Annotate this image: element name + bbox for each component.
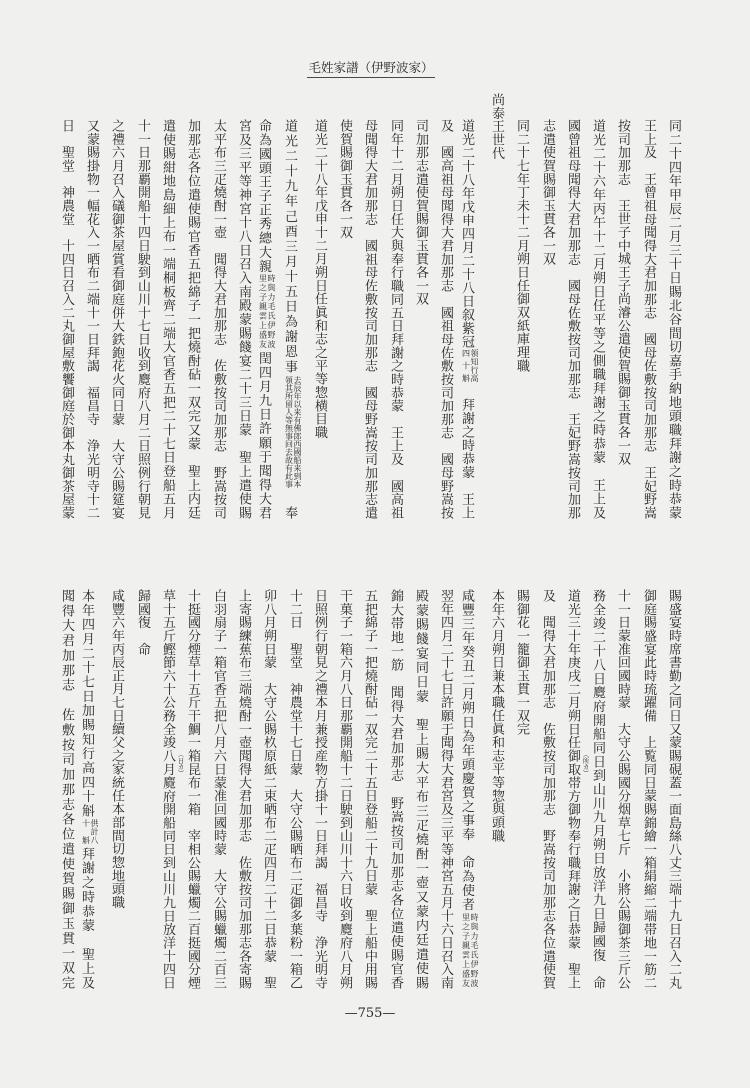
column-text: 道光二十六年丙午十二月朔日任平等之側職拜謝之時恭蒙 王上及 <box>590 119 605 519</box>
text-column: 同二十四年甲辰二月三十日賜北谷間切嘉手納地頭職拜謝之時恭蒙 <box>666 119 680 519</box>
column-text: 月麑府開船同日到山川九日放洋十四日 <box>160 762 175 989</box>
text-column: 本年六月朔日兼本職任眞和志平等惣與頭職 <box>489 589 503 842</box>
reign-heading-text: 尚泰王世代 <box>489 93 504 160</box>
note-line-left: 四十斛 <box>461 349 470 383</box>
inline-double-line-note: 去辰年以来有佛郎西國船来到本領其所留人等無事回去故有此事 <box>284 376 301 488</box>
text-column: 王上及 王曾祖母聞得大君加那志 國母佐敷按司加那志 王妃野嵩 <box>641 119 655 519</box>
note-line-right: 領知行高 <box>470 349 479 383</box>
note-line-left: 領其所留人等無事回去故有此事 <box>284 376 293 488</box>
text-column: 道光二十九年己酉三月十五日為謝恩事去辰年以来有佛郎西國船来到本領其所留人等無事回… <box>287 119 301 519</box>
column-text: 干菓子一箱六月八日那覇開船十二日駛到山川十六日收到麑府八月朔 <box>337 589 352 989</box>
text-column: 同年十二月朔日任大與奉行職同五日拜謝之時恭蒙 王上及 國高祖 <box>388 119 402 519</box>
column-text: 命為國頭王子正秀總大親 <box>256 119 271 273</box>
column-text: 道光三十年庚戌二月朔日任御 <box>565 589 580 762</box>
text-column: 志遣使賀賜御玉貫各一双 <box>540 119 554 266</box>
column-text: 白羽扇子一箱官香五把八月六日蒙准回國時蒙 大守公賜蠟燭二百三 <box>211 589 226 989</box>
text-column: 十一日那覇開船十四日駛到山川十七日收到麑府八月二日照例行朝見 <box>135 119 149 519</box>
column-text: 草十五斤鰹節六十公務全竣八 <box>160 589 175 762</box>
text-column: 道光二十八年戊申十二月朔日任眞和志之平等惣横目職 <box>312 119 326 439</box>
column-text: 聞得大君加那志 佐敷按司加那志各位遣使賀賜御玉貫一双完 <box>59 589 74 989</box>
column-text: 五把綿子一把燒酎砧一双完二十五日登船二十九日蒙 聖上船中用賜 <box>362 589 377 989</box>
text-column: 使賀賜御玉貫各一双 <box>337 119 351 239</box>
column-text: 十挺國分煙草十五斤干鯛一箱昆布一箱 宰相公賜蠟燭二百挺國分煙 <box>185 589 200 989</box>
column-text: 拜謝之時恭蒙 王上 <box>459 384 474 519</box>
column-text: 加那志各位遣使賜官香五把綿子一把燒酎砧一双完又蒙 聖上内廷 <box>185 119 200 519</box>
text-column: 御庭賜盛宴此時琉躍備 上覧同日蒙賜錦繪一箱絹縮二端帯地一筋二 <box>641 589 655 989</box>
page-number: —755— <box>320 1006 420 1022</box>
column-text: 國曾祖母聞得大君加那志 國母佐敷按司加那志 王妃野嵩按司加那 <box>565 119 580 519</box>
column-text: 本年六月朔日兼本職任眞和志平等惣與頭職 <box>489 589 504 842</box>
text-column: 草十五斤鰹節六十公務全竣八（日カ）月麑府開船同日到山川九日放洋十四日 <box>160 589 174 989</box>
column-text: 同年十二月朔日任大與奉行職同五日拜謝之時恭蒙 王上及 國高祖 <box>388 119 403 519</box>
column-text: 奉 <box>282 489 297 519</box>
column-text: 道光二十九年己酉三月十五日為謝恩事 <box>282 119 297 375</box>
column-text: 取帯方御物奉行職拜謝之日恭蒙 聖上 <box>565 762 580 989</box>
column-text: 同二十七年丁未十二月朔日任御双紙庫理職 <box>514 119 529 372</box>
column-text: 十二日 聖堂 神農堂十七日蒙 大守公賜晒布二疋御多葉粉一箱乙 <box>287 589 302 989</box>
column-text: 及 國高祖母聞得大君加那志 國祖母佐敷按司加那志 國母野嵩按 <box>438 119 453 519</box>
text-column: 卯八月朔日蒙 大守公賜杦原紙二束晒布二疋四月二十二日恭蒙 聖 <box>261 589 275 989</box>
text-column: 咸豐三年癸丑二月朔日為年頭慶賀之事奉 命為使者時與力毛氏伊野波里之子親雲上盛友 <box>464 589 478 989</box>
column-text: 又蒙賜掛物一幅花入一晒布二端十一日拜謁 福昌寺 浄光明寺十二 <box>84 119 99 519</box>
text-column: 聞得大君加那志 佐敷按司加那志各位遣使賀賜御玉貫一双完 <box>59 589 73 989</box>
column-text: 本年四月二十七日加賜知行高四十斛 <box>79 589 94 818</box>
text-column: 又蒙賜掛物一幅花入一晒布二端十一日拜謁 福昌寺 浄光明寺十二 <box>84 119 98 519</box>
column-text: 太平布三疋燒酎一壺 聞得大君加那志 佐敷按司加那志 野嵩按司 <box>211 119 226 519</box>
reign-heading: 尚泰王世代 <box>489 93 503 160</box>
note-line-left: 里之子親雲上盛友 <box>258 274 267 349</box>
text-column: 日 聖堂 神農堂 十四日召入二丸御屋敷饗御庭於御本丸御茶屋蒙 <box>59 119 73 519</box>
text-column: 道光二十六年丙午十二月朔日任平等之側職拜謝之時恭蒙 王上及 <box>590 119 604 519</box>
column-text: 司加那志遣使賀賜御玉貫各一双 <box>413 119 428 306</box>
running-header-title: 毛姓家譜（伊野波家） <box>307 60 435 78</box>
text-column: 加那志各位遣使賜官香五把綿子一把燒酎砧一双完又蒙 聖上内廷 <box>185 119 199 519</box>
text-column: 五把綿子一把燒酎砧一双完二十五日登船二十九日蒙 聖上船中用賜 <box>362 589 376 989</box>
column-text: 卯八月朔日蒙 大守公賜杦原紙二束晒布二疋四月二十二日恭蒙 聖 <box>261 589 276 989</box>
column-text: 賜御花一籠御玉貫一双完 <box>514 589 529 736</box>
note-line-left: 十斛 <box>81 819 90 844</box>
column-text: 日照例行朝見之禮本月兼授産物方掛十一日拜謁 福昌寺 浄光明寺 <box>312 589 327 989</box>
column-text: 道光二十八年戊申十二月朔日任眞和志之平等惣横目職 <box>312 119 327 439</box>
text-column: 務全竣二十八日麑府開船同日到山川九月朔日放洋九日歸國復 命 <box>590 589 604 989</box>
note-line-right: 時與力毛氏伊野波 <box>470 913 479 988</box>
column-text: 使賀賜御玉貫各一双 <box>337 119 352 239</box>
text-column: 本年四月二十七日加賜知行高四十斛供計八十斛拜謝之時恭蒙 聖上及 <box>84 589 98 989</box>
text-column: 錦大帯地一筋 聞得大君加那志 野嵩按司加那志各位遣使賜官香 <box>388 589 402 989</box>
text-column: 白羽扇子一箱官香五把八月六日蒙准回國時蒙 大守公賜蠟燭二百三 <box>211 589 225 989</box>
column-text: 之禮六月召入礒御茶屋賞看御庭併大鉄鉋花火同日蒙 大守公賜筵宴 <box>109 119 124 519</box>
column-text: 同二十四年甲辰二月三十日賜北谷間切嘉手納地頭職拜謝之時恭蒙 <box>666 119 681 519</box>
column-text: 王上及 王曾祖母聞得大君加那志 國母佐敷按司加那志 王妃野嵩 <box>641 119 656 519</box>
text-column: 道光三十年庚戌二月朔日任御（所カ）取帯方御物奉行職拜謝之日恭蒙 聖上 <box>565 589 579 989</box>
text-column: 母聞得大君加那志 國祖母佐敷按司加那志 國母野嵩按司加那志遣 <box>362 119 376 519</box>
annotation-text: （日カ） <box>177 751 185 776</box>
column-text: 十一日那覇開船十四日駛到山川十七日收到麑府八月二日照例行朝見 <box>135 119 150 519</box>
note-line-left: 里之子親雲上盛友 <box>461 913 470 988</box>
text-column: 同二十七年丁未十二月朔日任御双紙庫理職 <box>514 119 528 372</box>
column-text: 閏四月九日許願于聞得大君 <box>256 351 271 519</box>
text-column: 道光二十八年戊申四月二十八日叙紫冠領知行高四十斛 拜謝之時恭蒙 王上 <box>464 119 478 519</box>
text-column: 賜御花一籠御玉貫一双完 <box>514 589 528 736</box>
column-text: 務全竣二十八日麑府開船同日到山川九月朔日放洋九日歸國復 命 <box>590 589 605 989</box>
note-line-right: 時與力毛氏伊野波 <box>267 274 276 349</box>
column-text: 御庭賜盛宴此時琉躍備 上覧同日蒙賜錦繪一箱絹縮二端帯地一筋二 <box>641 589 656 989</box>
inline-double-line-note: 時與力毛氏伊野波里之子親雲上盛友 <box>461 913 478 988</box>
column-text: 遣使賜紺地島細上布一端桐板齊二端大官香五把二十七日登船五月 <box>160 119 175 519</box>
text-column: 司加那志遣使賀賜御玉貫各一双 <box>413 119 427 306</box>
text-column: 之禮六月召入礒御茶屋賞看御庭併大鉄鉋花火同日蒙 大守公賜筵宴 <box>109 119 123 519</box>
column-text: 咸豐三年癸丑二月朔日為年頭慶賀之事奉 命為使者 <box>459 589 474 912</box>
column-text: 賜盛宴時席書勤之同日又蒙賜硯蓋一面島絲八丈三端十九日召入二丸 <box>666 589 681 989</box>
column-text: 日 聖堂 神農堂 十四日召入二丸御屋敷饗御庭於御本丸御茶屋蒙 <box>59 119 74 519</box>
text-column: 國曾祖母聞得大君加那志 國母佐敷按司加那志 王妃野嵩按司加那 <box>565 119 579 519</box>
text-column: 十挺國分煙草十五斤干鯛一箱昆布一箱 宰相公賜蠟燭二百挺國分煙 <box>185 589 199 989</box>
column-text: 歸國復 命 <box>135 589 150 656</box>
text-column: 十一日蒙准回國時蒙 大守公賜國分烟草七斤 小將公賜御茶三斤公 <box>615 589 629 989</box>
annotation-text: （所カ） <box>582 751 590 776</box>
scanned-document-page: 毛姓家譜（伊野波家） 同二十四年甲辰二月三十日賜北谷間切嘉手納地頭職拜謝之時恭蒙… <box>0 0 750 1088</box>
text-column: 太平布三疋燒酎一壺 聞得大君加那志 佐敷按司加那志 野嵩按司 <box>211 119 225 519</box>
text-column: 十二日 聖堂 神農堂十七日蒙 大守公賜晒布二疋御多葉粉一箱乙 <box>287 589 301 989</box>
text-column: 干菓子一箱六月八日那覇開船十二日駛到山川十六日收到麑府八月朔 <box>337 589 351 989</box>
column-text: 翌年四月二十七日許願于聞得大君宮及三平等神宮五月十六日召入南 <box>438 589 453 989</box>
column-text: 道光二十八年戊申四月二十八日叙紫冠 <box>459 119 474 348</box>
column-text: 志遣使賀賜御玉貫各一双 <box>540 119 555 266</box>
text-column: 按司加那志 王世子中城王子尚濬公遣使賀賜御玉貫各一双 <box>615 119 629 466</box>
column-text: 拜謝之時恭蒙 聖上及 <box>79 846 94 989</box>
column-text: 及 聞得大君加那志 佐敷按司加那志 野嵩按司加那志各位遣使賀 <box>540 589 555 989</box>
column-text: 咸豐六年丙辰正月七日續父之家統任本部間切惣地頭職 <box>109 589 124 909</box>
text-column: 殿蒙賜餞宴同日蒙 聖上賜大平布三疋燒酎一壺又蒙内廷遣使賜 <box>413 589 427 989</box>
text-column: 日照例行朝見之禮本月兼授産物方掛十一日拜謁 福昌寺 浄光明寺 <box>312 589 326 989</box>
text-column: 賜盛宴時席書勤之同日又蒙賜硯蓋一面島絲八丈三端十九日召入二丸 <box>666 589 680 989</box>
column-text: 殿蒙賜餞宴同日蒙 聖上賜大平布三疋燒酎一壺又蒙内廷遣使賜 <box>413 589 428 989</box>
column-text: 錦大帯地一筋 聞得大君加那志 野嵩按司加那志各位遣使賜官香 <box>388 589 403 989</box>
column-text: 宮及三平等神宮十八日召入南殿蒙賜餞宴二十三日蒙 聖上遣使賜 <box>236 119 251 519</box>
text-column: 及 聞得大君加那志 佐敷按司加那志 野嵩按司加那志各位遣使賀 <box>540 589 554 989</box>
text-column: 上寄賜練蕉布三端燒酎一壺聞得大君加那志 佐敷按司加那志各寄賜 <box>236 589 250 989</box>
inline-double-line-note: 供計八十斛 <box>81 819 98 844</box>
note-line-right: 去辰年以来有佛郎西國船来到本 <box>293 376 302 488</box>
text-column: 翌年四月二十七日許願于聞得大君宮及三平等神宮五月十六日召入南 <box>438 589 452 989</box>
inline-double-line-note: 領知行高四十斛 <box>461 349 478 383</box>
text-column: 及 國高祖母聞得大君加那志 國祖母佐敷按司加那志 國母野嵩按 <box>438 119 452 519</box>
column-text: 上寄賜練蕉布三端燒酎一壺聞得大君加那志 佐敷按司加那志各寄賜 <box>236 589 251 989</box>
inline-double-line-note: 時與力毛氏伊野波里之子親雲上盛友 <box>258 274 275 349</box>
column-text: 按司加那志 王世子中城王子尚濬公遣使賀賜御玉貫各一双 <box>615 119 630 466</box>
text-column: 歸國復 命 <box>135 589 149 656</box>
text-column: 遣使賜紺地島細上布一端桐板齊二端大官香五把二十七日登船五月 <box>160 119 174 519</box>
text-column: 咸豐六年丙辰正月七日續父之家統任本部間切惣地頭職 <box>109 589 123 909</box>
text-column: 命為國頭王子正秀總大親時與力毛氏伊野波里之子親雲上盛友閏四月九日許願于聞得大君 <box>261 119 275 519</box>
column-text: 十一日蒙准回國時蒙 大守公賜國分烟草七斤 小將公賜御茶三斤公 <box>615 589 630 989</box>
column-text: 母聞得大君加那志 國祖母佐敷按司加那志 國母野嵩按司加那志遣 <box>362 119 377 519</box>
note-line-right: 供計八 <box>90 819 99 844</box>
text-column: 宮及三平等神宮十八日召入南殿蒙賜餞宴二十三日蒙 聖上遣使賜 <box>236 119 250 519</box>
